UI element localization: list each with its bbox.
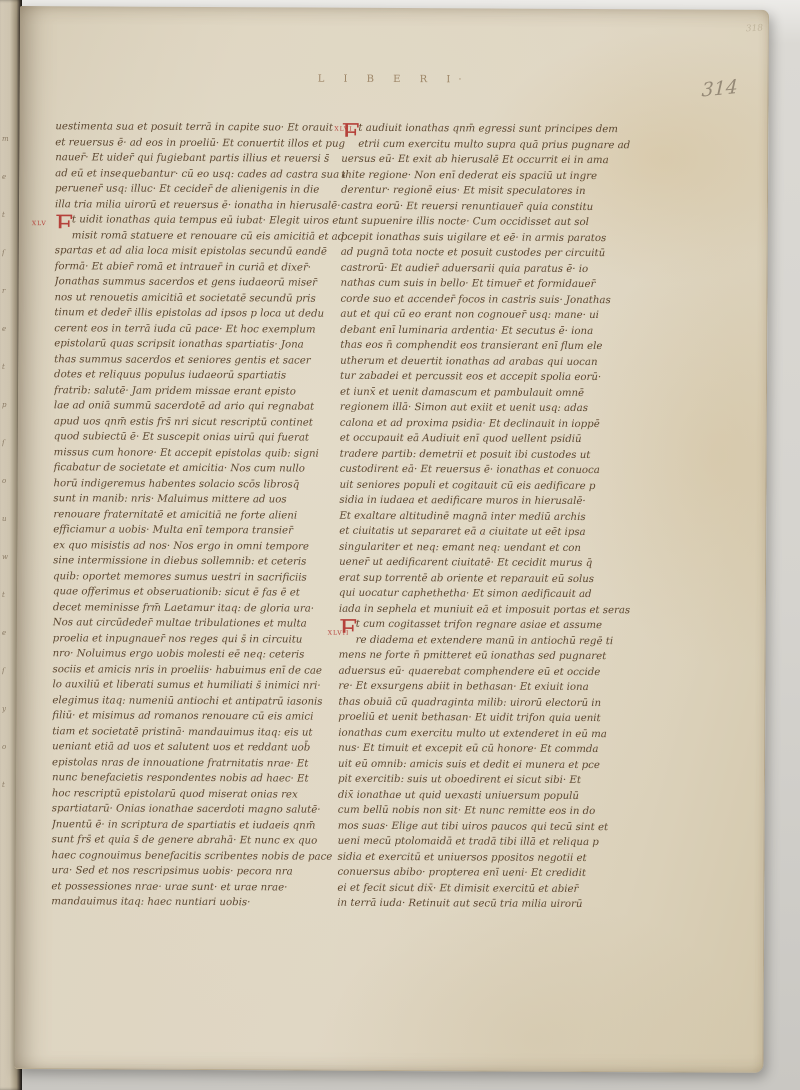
text-line: ionathas cum exercitu multo ut extendere… (338, 725, 634, 742)
text-line: castrorū· Et audier̄ aduersarii quia par… (341, 260, 637, 277)
text-line: mandauimus itaq: haec nuntiari uobis· (51, 894, 341, 911)
text-line: nro· Noluimus ergo uobis molesti eē neq:… (53, 646, 343, 663)
text-line: quae offerimus et obseruationib: sicut ē… (53, 584, 343, 601)
text-line: Et audiuit ionathas qnm̄ egressi sunt pr… (341, 121, 637, 138)
edge-fragment: t (2, 576, 16, 614)
text-column-left: uestimenta sua et posuit terrā in capite… (51, 119, 345, 921)
text-line: sidia in iudaea et aedificare muros in h… (339, 493, 635, 510)
text-line: nauer̄· Et uider̄ qui fugiebant partis i… (55, 150, 345, 167)
edge-fragment: e (2, 614, 16, 652)
facing-page-text-fragments: metſretpſouwteſyot (2, 120, 16, 804)
text-line: in terrā iuda· Retinuit aut secū tria mi… (337, 896, 633, 913)
text-line: aut et qui cū eo erant non cognouer̄ usq… (340, 307, 636, 324)
text-line: cum bellū nobis non sit· Et nunc remitte… (338, 803, 634, 820)
edge-fragment: t (2, 348, 16, 386)
text-line: ficabatur de societate et amicitia· Nos … (54, 460, 344, 477)
text-line: renouare fraternitatē et amicitiā ne for… (53, 507, 343, 524)
text-line: et reuersus ē· ad eos in proeliū· Et con… (55, 135, 345, 152)
text-line: ad eū et insequebantur· cū eo usq: cades… (55, 166, 345, 183)
text-line: missus cum honore· Et accepit epistolas … (54, 445, 344, 462)
text-line: sidia et exercitū et uniuersos ppositos … (338, 849, 634, 866)
text-line: et occupauit eā Audiuit enī quod uellent… (340, 431, 636, 448)
text-line: corde suo et accender̄ focos in castris … (340, 291, 636, 308)
text-line: thite regione· Non enī dederat eis spaci… (341, 167, 637, 184)
text-line: utherum et deuertit ionathas ad arabas q… (340, 353, 636, 370)
edge-fragment: ſ (2, 652, 16, 690)
edge-fragment: w (2, 538, 16, 576)
text-line: spartas et ad alia loca misit epistolas … (55, 243, 345, 260)
text-line: et ciuitatis ut separaret eā a ciuitate … (339, 524, 635, 541)
text-line: lae ad oniā summū sacerdotē ad ario qui … (54, 398, 344, 415)
text-line: aduersus eū· quaerebat comphendere eū et… (338, 663, 634, 680)
text-line: et iunx̄ et uenit damascum et pambulauit… (340, 384, 636, 401)
edge-fragment: p (2, 386, 16, 424)
text-line: decet meminisse frm̄ Laetamur itaq: de g… (53, 600, 343, 617)
edge-fragment: t (2, 196, 16, 234)
text-line: Jnuentū ē· in scriptura de spartiatis et… (52, 817, 342, 834)
text-line: castra eorū· Et reuersi renuntiauer̄ qui… (341, 198, 637, 215)
text-line: haec cognouimus benefacitis scribentes n… (52, 848, 342, 865)
text-line: thas obuiā cū quadraginta milib: uirorū … (338, 694, 634, 711)
text-line: uener̄ ut aedificarent ciuitatē· Et ceci… (339, 555, 635, 572)
text-line: thas summus sacerdos et seniores gentis … (54, 352, 344, 369)
text-line: cerent eos in terrā iuda cū pace· Et hoc… (54, 321, 344, 338)
text-line: tur zabadei et percussit eos et accepit … (340, 369, 636, 386)
edge-fragment: y (2, 690, 16, 728)
text-line: et possessiones nrae· urae sunt· et urae… (51, 879, 341, 896)
text-line: spartiatarū· Onias ionathae sacerdoti ma… (52, 801, 342, 818)
text-line: calona et ad proxima psidia· Et declinau… (340, 415, 636, 432)
chapter-number-xlv: xlv (32, 218, 47, 228)
text-line: Et cum cogitasset trifon regnare asiae e… (339, 617, 635, 634)
text-line: thas eos n̄ comphendit eos transierant e… (340, 338, 636, 355)
text-line: custodirent eā· Et reuersus ē· ionathas … (340, 462, 636, 479)
text-line: illa tria milia uirorū et reuersus ē· io… (55, 197, 345, 214)
text-line: epistolas nras de innouatione fratrnitat… (52, 755, 342, 772)
ghost-folio-number: 318 (746, 23, 764, 34)
text-line: dix̄ ionathae ut quid uexasti uniuersum … (338, 787, 634, 804)
text-line: re diadema et extendere manū in antiochū… (339, 632, 635, 649)
text-column-right: Et audiuit ionathas qnm̄ egressi sunt pr… (337, 121, 637, 923)
text-line: ex quo misistis ad nos· Nos ergo in omni… (53, 538, 343, 555)
text-line: hoc rescriptū epistolarū quod miserat on… (52, 786, 342, 803)
edge-fragment: e (2, 158, 16, 196)
text-line: mos suas· Elige aut tibi uiros paucos qu… (338, 818, 634, 835)
text-line: formā· Et abier̄ romā et intrauer̄ in cu… (55, 259, 345, 276)
text-line: ei et fecit sicut dix̄· Et dimisit exerc… (337, 880, 633, 897)
folio-number: 314 (701, 76, 738, 102)
text-line: ueniant etiā ad uos et salutent uos et r… (52, 739, 342, 756)
manuscript-page: L I B E R I· 314 318 xlv xlvi xlvii uest… (14, 6, 769, 1073)
text-line: Jonathas summus sacerdos et gens iudaeor… (55, 274, 345, 291)
text-line: tiam et societatē pristinā· mandauimus i… (52, 724, 342, 741)
text-line: nos ut renouetis amicitiā et societatē s… (54, 290, 344, 307)
edge-fragment: r (2, 272, 16, 310)
edge-fragment: e (2, 310, 16, 348)
text-line: ad pugnā tota nocte et posuit custodes p… (341, 245, 637, 262)
text-line: tradere partib: demetrii et posuit ibi c… (340, 446, 636, 463)
text-line: Nos aut circūdeder̄ multae tribulationes… (53, 615, 343, 632)
text-line: qui uocatur caphethetha· Et simon aedifi… (339, 586, 635, 603)
text-line: erat sup torrentē ab oriente et reparaui… (339, 570, 635, 587)
text-line: quib: oportet memores sumus uestri in sa… (53, 569, 343, 586)
text-line: uit seniores populi et cogitauit cū eis … (339, 477, 635, 494)
text-line: filiū· et misimus ad romanos renouare cū… (52, 708, 342, 725)
text-line: derentur· regionē eius· Et misit specula… (341, 183, 637, 200)
edge-fragment: t (2, 766, 16, 804)
text-line: re· Et exsurgens abiit in bethasan· Et e… (338, 679, 634, 696)
text-line: tinum et deder̄ illis epistolas ad ipsos… (54, 305, 344, 322)
text-line: dotes et reliquus populus iudaeorū spart… (54, 367, 344, 384)
edge-fragment: o (2, 728, 16, 766)
text-line: sunt in manib: nris· Maluimus mittere ad… (53, 491, 343, 508)
edge-fragment: o (2, 462, 16, 500)
text-line: apud uos qnm̄ estis frs̄ nri sicut rescr… (54, 414, 344, 431)
text-line: iada in sephela et muniuit eā et imposui… (339, 601, 635, 618)
text-line: sunt frs̄ et quia s̄ de genere abrahā· E… (52, 832, 342, 849)
text-line: etrii cum exercitu multo supra quā prius… (341, 136, 637, 153)
text-line: nus· Et timuit et excepit eū cū honore· … (338, 741, 634, 758)
text-line: elegimus itaq: numeniū antiochi et antip… (52, 693, 342, 710)
text-line: sine intermissione in diebus sollemnib: … (53, 553, 343, 570)
manuscript-photo: metſretpſouwteſyot L I B E R I· 314 318 … (0, 0, 800, 1090)
text-line: sociis et amicis nris in proeliis· habui… (52, 662, 342, 679)
text-line: epistolarū quas scripsit ionathas sparti… (54, 336, 344, 353)
text-line: conuersus abibo· propterea enī ueni· Et … (337, 865, 633, 882)
text-line: singulariter et neq: emant neq: uendant … (339, 539, 635, 556)
text-line: ura· Sed et nos rescripsimus uobis· peco… (51, 863, 341, 880)
text-line: lo auxiliū et liberati sumus et humiliat… (52, 677, 342, 694)
edge-fragment: u (2, 500, 16, 538)
edge-fragment: ſ (2, 424, 16, 462)
text-line: proeliū et uenit bethasan· Et uidit trif… (338, 710, 634, 727)
text-line: uersus eū· Et exit ab hierusalē Et occur… (341, 152, 637, 169)
text-line: Et uidit ionathas quia tempus eū iubat· … (55, 212, 345, 229)
text-line: pit exercitib: suis ut oboedirent ei sic… (338, 772, 634, 789)
text-line: nunc benefacietis respondentes nobis ad … (52, 770, 342, 787)
text-line: misit romā statuere et renouare cū eis a… (55, 228, 345, 245)
text-line: ueni mecū ptolomaidā et tradā tibi illā … (338, 834, 634, 851)
text-line: debant enī luminaria ardentia· Et secutu… (340, 322, 636, 339)
edge-fragment: m (2, 120, 16, 158)
text-line: fratrib: salutē· Jam pridem missae erant… (54, 383, 344, 400)
text-line: horū indigeremus habentes solacio scōs l… (53, 476, 343, 493)
text-line: efficiamur a uobis· Multa enī tempora tr… (53, 522, 343, 539)
text-line: pcepit ionathas suis uigilare et eē· in … (341, 229, 637, 246)
text-line: uit eū omnib: amicis suis et dedit ei mu… (338, 756, 634, 773)
text-line: nathas cum suis in bello· Et timuer̄ et … (341, 276, 637, 293)
edge-fragment: ſ (2, 234, 16, 272)
text-line: mens ne forte n̄ pmitteret eū ionathas s… (339, 648, 635, 665)
text-line: quod subiectū ē· Et suscepit onias uirū … (54, 429, 344, 446)
text-line: Et exaltare altitudinē magnā inter mediū… (339, 508, 635, 525)
running-title: L I B E R I· (20, 72, 768, 87)
text-line: peruener̄ usq: illuc· Et cecider̄ de ali… (55, 181, 345, 198)
text-line: proelia et inpugnauer̄ nos reges qui s̄ … (53, 631, 343, 648)
text-line: regionem illā· Simon aut exiit et uenit … (340, 400, 636, 417)
text-line: uestimenta sua et posuit terrā in capite… (55, 119, 345, 136)
text-line: unt supuenire illis nocte· Cum occidisse… (341, 214, 637, 231)
